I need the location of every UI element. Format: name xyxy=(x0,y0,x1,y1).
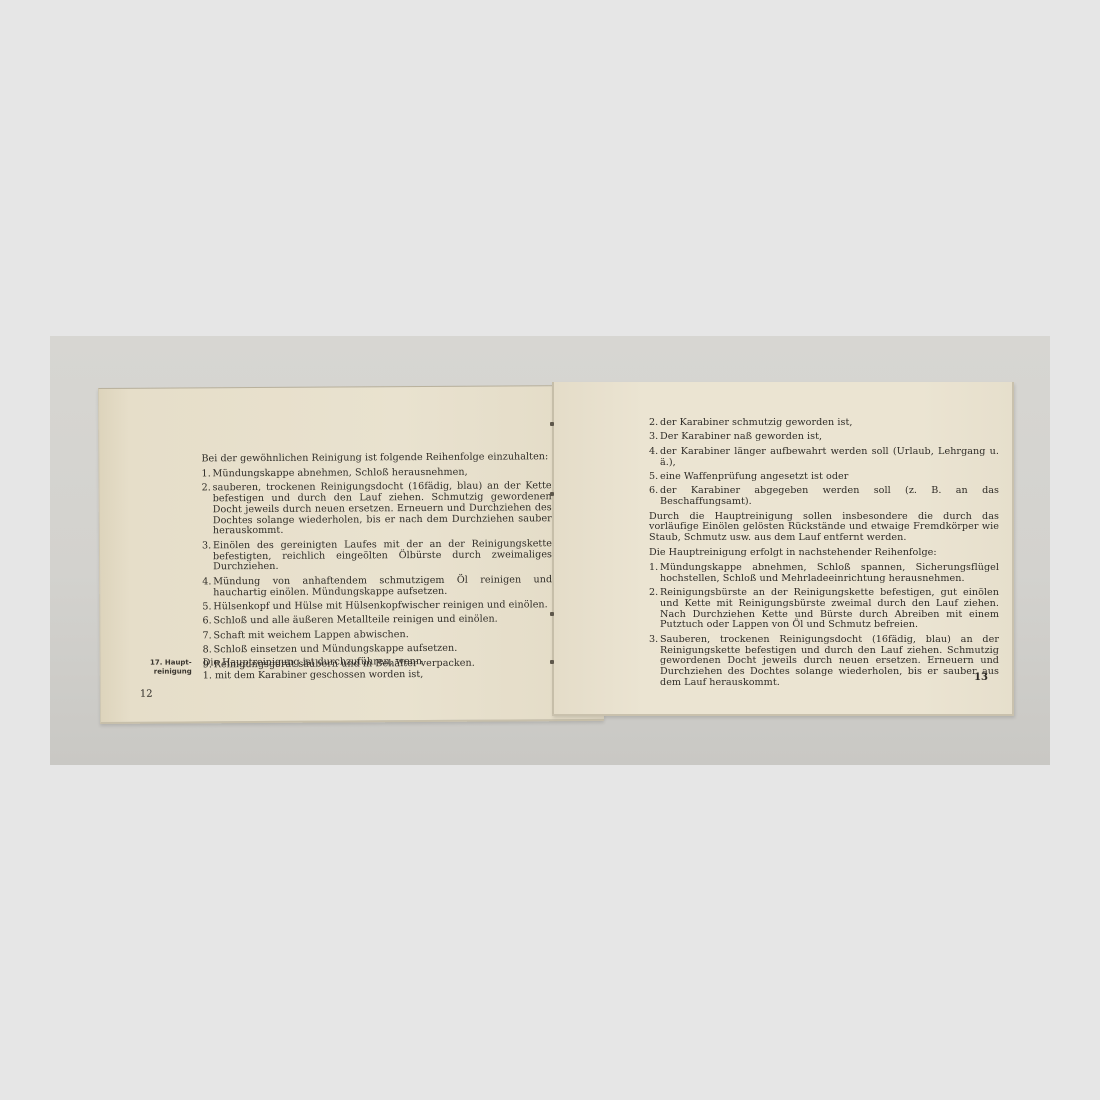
staple-mark xyxy=(550,492,554,496)
left-page: Bei der gewöhnlichen Reinigung ist folge… xyxy=(98,385,604,724)
section-margin-label: 17. Haupt- reinigung xyxy=(137,658,192,675)
list-item: 1.Mündungskappe abnehmen, Schloß spannen… xyxy=(649,563,999,585)
staple-mark xyxy=(550,660,554,664)
main-cleaning-conditions: 2.der Karabiner schmutzig geworden ist, … xyxy=(649,418,999,508)
list-item: 3.Der Karabiner naß geworden ist, xyxy=(649,432,999,443)
list-item: 3.Einölen des gereinigten Laufes mit der… xyxy=(202,539,552,574)
order-intro: Die Hauptreinigung erfolgt in nachstehen… xyxy=(649,548,999,559)
main-cleaning-steps: 1.Mündungskappe abnehmen, Schloß spannen… xyxy=(649,563,999,689)
page-number-left: 12 xyxy=(140,689,153,700)
list-item: 5.Hülsenkopf und Hülse mit Hülsenkopfwis… xyxy=(202,600,552,613)
left-page-body: Bei der gewöhnlichen Reinigung ist folge… xyxy=(201,452,552,674)
intro-paragraph: Bei der gewöhnlichen Reinigung ist folge… xyxy=(201,452,551,465)
list-item: 7.Schaft mit weichem Lappen abwischen. xyxy=(202,629,552,642)
list-item: 1.Mündungskappe abnehmen, Schloß herausn… xyxy=(201,467,551,480)
booklet-photo: Bei der gewöhnlichen Reinigung ist folge… xyxy=(50,336,1050,765)
list-item: 6.der Karabiner abgegeben werden soll (z… xyxy=(649,486,999,508)
list-item: 3.Sauberen, trockenen Reinigungsdocht (1… xyxy=(649,635,999,689)
list-item: 2.der Karabiner schmutzig geworden ist, xyxy=(649,418,999,429)
staple-mark xyxy=(550,422,554,426)
right-page: 2.der Karabiner schmutzig geworden ist, … xyxy=(552,382,1014,716)
page-number-right: 13 xyxy=(974,672,988,683)
routine-cleaning-steps: 1.Mündungskappe abnehmen, Schloß herausn… xyxy=(201,467,552,671)
main-cleaning-intro: Die Hauptreinigung ist durchzuführen, we… xyxy=(203,654,533,682)
list-item: 4.der Karabiner länger aufbewahrt werden… xyxy=(649,447,999,469)
list-item: 2.sauberen, trockenen Reinigungsdocht (1… xyxy=(202,481,552,537)
right-page-body: 2.der Karabiner schmutzig geworden ist, … xyxy=(649,418,999,692)
staple-mark xyxy=(550,612,554,616)
list-item: 2.Reinigungsbürste an der Reinigungskett… xyxy=(649,588,999,631)
list-item: 6.Schloß und alle äußeren Metallteile re… xyxy=(202,615,552,628)
booklet-spine xyxy=(552,382,554,714)
purpose-paragraph: Durch die Hauptreinigung sollen insbeson… xyxy=(649,512,999,544)
list-item: 4.Mündung von anhaftendem schmutzigem Öl… xyxy=(202,575,552,599)
list-item: 5.eine Waffenprüfung angesetzt ist oder xyxy=(649,472,999,483)
